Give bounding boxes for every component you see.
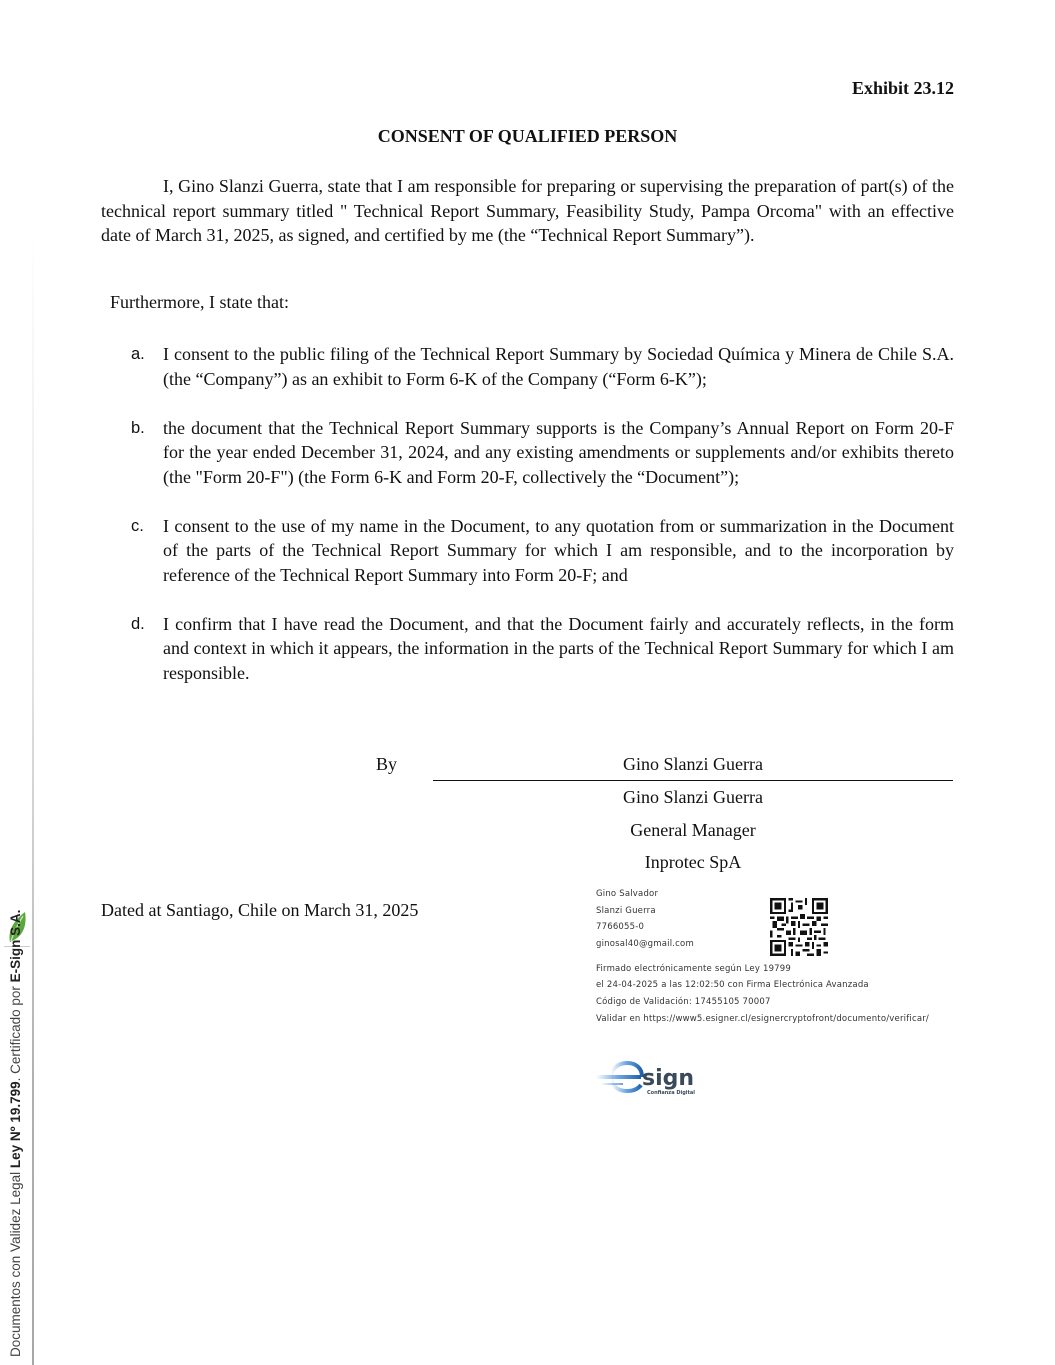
- statement-list: a. I consent to the public filing of the…: [101, 342, 954, 710]
- side-law: Ley Nº 19.799: [8, 1081, 23, 1168]
- stamp-law-line: Firmado electrónicamente según Ley 19799: [596, 961, 929, 978]
- signer-position: General Manager: [433, 814, 953, 847]
- esign-logo: sign Confianza Digital: [596, 1058, 706, 1098]
- statement-text: the document that the Technical Report S…: [163, 418, 954, 487]
- statement-marker: b.: [131, 416, 145, 441]
- stamp-datetime-line: el 24-04-2025 a las 12:02:50 con Firma E…: [596, 977, 929, 994]
- statement-marker: c.: [131, 514, 144, 539]
- stamp-signer-first: Gino Salvador: [596, 886, 929, 903]
- printed-name: Gino Slanzi Guerra: [433, 781, 953, 814]
- document-page: Exhibit 23.12 CONSENT OF QUALIFIED PERSO…: [0, 0, 1055, 1365]
- statement-item: d. I confirm that I have read the Docume…: [101, 612, 954, 686]
- esign-stamp: Gino Salvador Slanzi Guerra 7766055-0 gi…: [596, 886, 929, 1028]
- side-certifier: E-Sign S.A.: [8, 910, 23, 983]
- exhibit-label: Exhibit 23.12: [852, 78, 954, 99]
- signed-name: Gino Slanzi Guerra: [433, 754, 953, 781]
- furthermore-text: Furthermore, I state that:: [110, 292, 289, 313]
- signature-block: Gino Slanzi Guerra Gino Slanzi Guerra Ge…: [433, 754, 953, 879]
- side-prefix: Documentos con Validez Legal: [8, 1168, 23, 1357]
- document-title: CONSENT OF QUALIFIED PERSON: [0, 126, 1055, 147]
- svg-text:sign: sign: [642, 1066, 694, 1091]
- svg-text:Confianza Digital: Confianza Digital: [647, 1090, 695, 1096]
- signer-company: Inprotec SpA: [433, 846, 953, 879]
- stamp-signer-last: Slanzi Guerra: [596, 903, 929, 920]
- side-margin-rule: [32, 230, 34, 1365]
- statement-item: b. the document that the Technical Repor…: [101, 416, 954, 490]
- statement-text: I confirm that I have read the Document,…: [163, 614, 954, 683]
- statement-item: c. I consent to the use of my name in th…: [101, 514, 954, 588]
- statement-text: I consent to the public filing of the Te…: [163, 344, 954, 389]
- side-certification-text: Documentos con Validez Legal Ley Nº 19.7…: [8, 910, 23, 1357]
- statement-marker: d.: [131, 612, 145, 637]
- dated-line: Dated at Santiago, Chile on March 31, 20…: [101, 900, 418, 921]
- statement-text: I consent to the use of my name in the D…: [163, 516, 954, 585]
- statement-item: a. I consent to the public filing of the…: [101, 342, 954, 391]
- stamp-validate-url[interactable]: Validar en https://www5.esigner.cl/esign…: [596, 1011, 929, 1028]
- stamp-email: ginosal40@gmail.com: [596, 936, 929, 953]
- statement-marker: a.: [131, 342, 145, 367]
- stamp-validation-code: Código de Validación: 17455105 70007: [596, 994, 929, 1011]
- intro-paragraph: I, Gino Slanzi Guerra, state that I am r…: [101, 174, 954, 248]
- qr-code-icon[interactable]: [768, 898, 830, 956]
- by-label: By: [376, 754, 397, 775]
- side-middle: . Certificado por: [8, 982, 23, 1081]
- stamp-rut: 7766055-0: [596, 919, 929, 936]
